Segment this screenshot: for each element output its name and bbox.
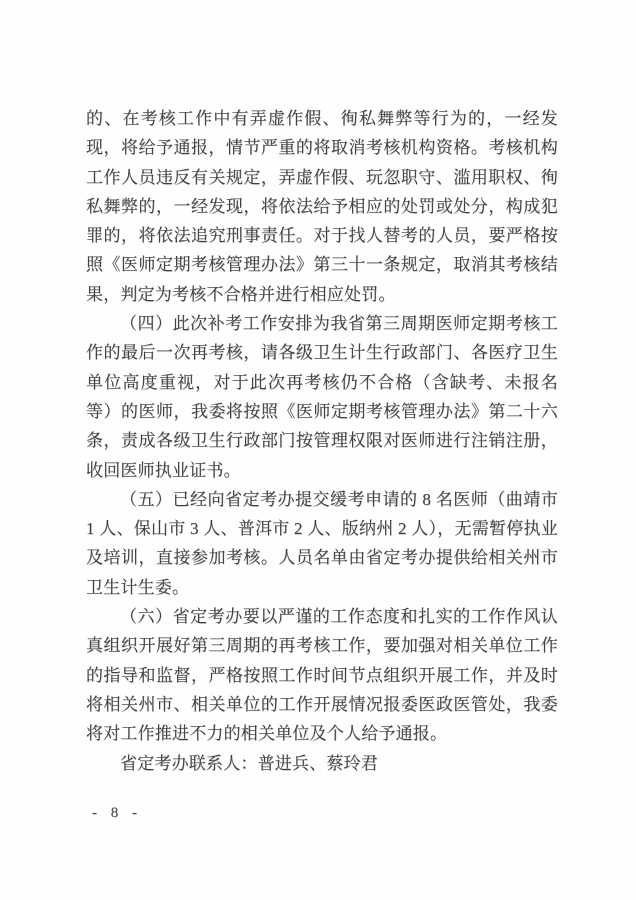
paragraph-item-5: （五）已经向省定考办提交缓考申请的 8 名医师（曲靖市 1 人、保山市 3 人、… bbox=[86, 485, 558, 602]
page-number: - 8 - bbox=[92, 805, 142, 822]
document-body: 的、在考核工作中有弄虚作假、徇私舞弊等行为的，一经发现，将给予通报，情节严重的将… bbox=[86, 104, 558, 778]
document-page: 的、在考核工作中有弄虚作假、徇私舞弊等行为的，一经发现，将给予通报，情节严重的将… bbox=[0, 0, 636, 900]
paragraph-item-4: （四）此次补考工作安排为我省第三周期医师定期考核工作的最后一次再考核，请各级卫生… bbox=[86, 309, 558, 485]
paragraph-item-6: （六）省定考办要以严谨的工作态度和扎实的工作作风认真组织开展好第三周期的再考核工… bbox=[86, 602, 558, 748]
paragraph-continuation: 的、在考核工作中有弄虚作假、徇私舞弊等行为的，一经发现，将给予通报，情节严重的将… bbox=[86, 104, 558, 309]
paragraph-contact-line: 省定考办联系人：普进兵、蔡玲君 bbox=[86, 749, 558, 778]
